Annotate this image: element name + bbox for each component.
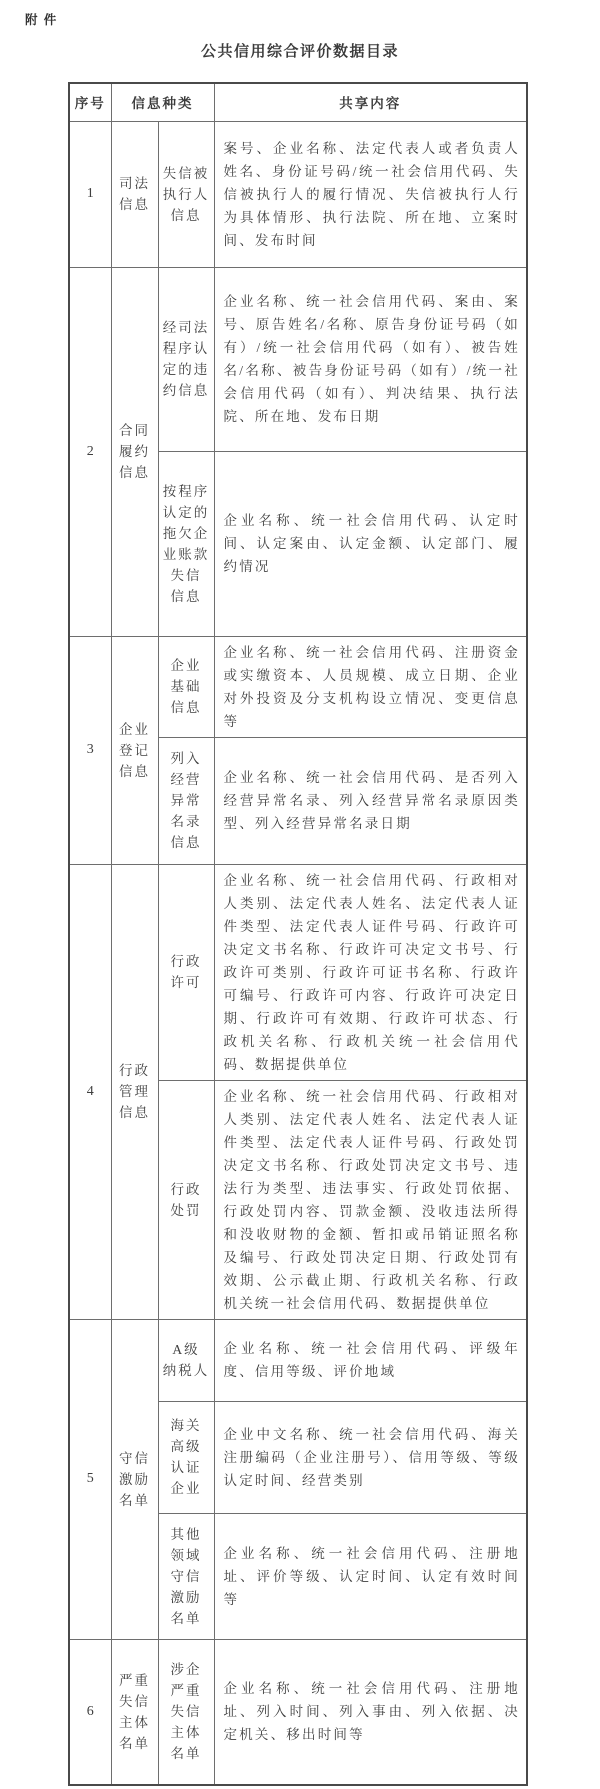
header-index: 序号 <box>69 83 111 121</box>
shared-content: 企业中文名称、统一社会信用代码、海关注册编码（企业注册号）、信用等级、等级认定时… <box>214 1401 527 1513</box>
info-subcategory: 涉企 严重 失信 主体 名单 <box>158 1639 214 1785</box>
table-row: 3 企业 登记 信息 企业 基础 信息 企业名称、统一社会信用代码、注册资金或实… <box>69 636 527 737</box>
info-subcategory: 其他 领域 守信 激励 名单 <box>158 1513 214 1639</box>
shared-content: 企业名称、统一社会信用代码、行政相对人类别、法定代表人姓名、法定代表人证件类型、… <box>214 1080 527 1319</box>
info-subcategory: 海关 高级 认证 企业 <box>158 1401 214 1513</box>
shared-content: 企业名称、统一社会信用代码、是否列入经营异常名录、列入经营异常名录原因类型、列入… <box>214 737 527 864</box>
shared-content: 企业名称、统一社会信用代码、认定时间、认定案由、认定金额、认定部门、履约情况 <box>214 451 527 636</box>
info-subcategory: 失信被 执行人 信息 <box>158 121 214 267</box>
info-category: 行政 管理 信息 <box>111 864 158 1319</box>
info-category: 企业 登记 信息 <box>111 636 158 864</box>
table-row: 4 行政 管理 信息 行政 许可 企业名称、统一社会信用代码、行政相对人类别、法… <box>69 864 527 1080</box>
table-header-row: 序号 信息种类 共享内容 <box>69 83 527 121</box>
info-category: 司法 信息 <box>111 121 158 267</box>
row-index: 1 <box>69 121 111 267</box>
row-index: 2 <box>69 267 111 636</box>
shared-content: 企业名称、统一社会信用代码、评级年度、信用等级、评价地域 <box>214 1319 527 1401</box>
shared-content: 企业名称、统一社会信用代码、案由、案号、原告姓名/名称、原告身份证号码（如有）/… <box>214 267 527 451</box>
table-row: 1 司法 信息 失信被 执行人 信息 案号、企业名称、法定代表人或者负责人姓名、… <box>69 121 527 267</box>
shared-content: 案号、企业名称、法定代表人或者负责人姓名、身份证号码/统一社会信用代码、失信被执… <box>214 121 527 267</box>
table-row: 5 守信 激励 名单 A级 纳税人 企业名称、统一社会信用代码、评级年度、信用等… <box>69 1319 527 1401</box>
info-subcategory: A级 纳税人 <box>158 1319 214 1401</box>
page-title: 公共信用综合评价数据目录 <box>0 40 600 61</box>
info-subcategory: 企业 基础 信息 <box>158 636 214 737</box>
table-row: 6 严重 失信 主体 名单 涉企 严重 失信 主体 名单 企业名称、统一社会信用… <box>69 1639 527 1785</box>
row-index: 6 <box>69 1639 111 1785</box>
credit-data-catalog-table: 序号 信息种类 共享内容 1 司法 信息 失信被 执行人 信息 案号、企业名称、… <box>68 82 528 1786</box>
attachment-label: 附 件 <box>25 10 56 28</box>
info-category: 严重 失信 主体 名单 <box>111 1639 158 1785</box>
row-index: 4 <box>69 864 111 1319</box>
info-subcategory: 经司法 程序认 定的违 约信息 <box>158 267 214 451</box>
info-subcategory: 按程序 认定的 拖欠企 业账款 失信 信息 <box>158 451 214 636</box>
info-subcategory: 行政 许可 <box>158 864 214 1080</box>
shared-content: 企业名称、统一社会信用代码、行政相对人类别、法定代表人姓名、法定代表人证件类型、… <box>214 864 527 1080</box>
shared-content: 企业名称、统一社会信用代码、注册地址、评价等级、认定时间、认定有效时间等 <box>214 1513 527 1639</box>
shared-content: 企业名称、统一社会信用代码、注册资金或实缴资本、人员规模、成立日期、企业对外投资… <box>214 636 527 737</box>
row-index: 5 <box>69 1319 111 1639</box>
info-subcategory: 列入 经营 异常 名录 信息 <box>158 737 214 864</box>
shared-content: 企业名称、统一社会信用代码、注册地址、列入时间、列入事由、列入依据、决定机关、移… <box>214 1639 527 1785</box>
header-category: 信息种类 <box>111 83 214 121</box>
info-category: 守信 激励 名单 <box>111 1319 158 1639</box>
info-category: 合同 履约 信息 <box>111 267 158 636</box>
header-content: 共享内容 <box>214 83 527 121</box>
row-index: 3 <box>69 636 111 864</box>
table-row: 2 合同 履约 信息 经司法 程序认 定的违 约信息 企业名称、统一社会信用代码… <box>69 267 527 451</box>
info-subcategory: 行政 处罚 <box>158 1080 214 1319</box>
